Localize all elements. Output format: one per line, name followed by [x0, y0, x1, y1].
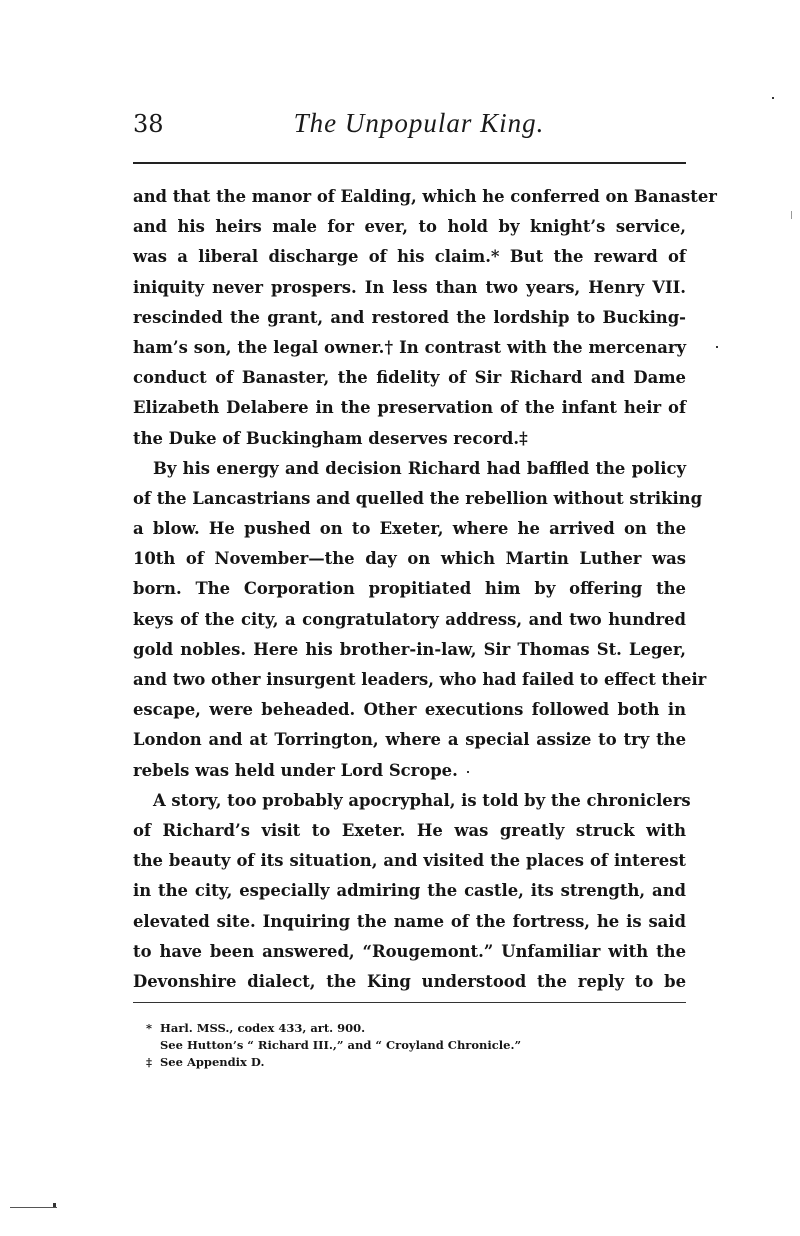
scan-margin-mark: [791, 211, 792, 219]
paragraph-start: By his energy and decision Richard had b…: [133, 454, 686, 484]
text-line: keys of the city, a congratulatory addre…: [133, 605, 686, 635]
footnotes: *Harl. MSS., codex 433, art. 900. See Hu…: [160, 1020, 521, 1071]
scan-speck: [716, 346, 718, 348]
footnote-rule: [133, 1002, 686, 1003]
footnote-text: See Appendix D.: [160, 1055, 264, 1069]
paragraph-start: A story, too probably apocryphal, is tol…: [133, 786, 686, 816]
text-line: a blow. He pushed on to Exeter, where he…: [133, 514, 686, 544]
footnote-mark: ‡: [146, 1054, 160, 1071]
page-header: 38 The Unpopular King.: [133, 106, 685, 146]
text-line: iniquity never prospers. In less than tw…: [133, 273, 686, 303]
text-line: was a liberal discharge of his claim.* B…: [133, 242, 686, 272]
text-line: and two other insurgent leaders, who had…: [133, 665, 686, 695]
text-line: Devonshire dialect, the King understood …: [133, 967, 686, 997]
footnote: See Hutton’s “ Richard III.,” and “ Croy…: [160, 1037, 521, 1054]
text-line: and his heirs male for ever, to hold by …: [133, 212, 686, 242]
running-title: The Unpopular King.: [133, 108, 685, 139]
text-line: the beauty of its situation, and visited…: [133, 846, 686, 876]
footnote: *Harl. MSS., codex 433, art. 900.: [160, 1020, 521, 1037]
text-line: escape, were beheaded. Other executions …: [133, 695, 686, 725]
footnote-text: See Hutton’s “ Richard III.,” and “ Croy…: [160, 1038, 521, 1052]
scan-speck: [772, 97, 774, 99]
text-line: the Duke of Buckingham deserves record.‡: [133, 424, 686, 454]
body-text: and that the manor of Ealding, which he …: [133, 182, 686, 997]
footnote-mark: *: [146, 1020, 160, 1037]
text-line: to have been answered, “Rougemont.” Unfa…: [133, 937, 686, 967]
header-rule: [133, 162, 686, 164]
text-line: of the Lancastrians and quelled the rebe…: [133, 484, 686, 514]
text-line: in the city, especially admiring the cas…: [133, 876, 686, 906]
text-line: gold nobles. Here his brother-in-law, Si…: [133, 635, 686, 665]
text-line: rescinded the grant, and restored the lo…: [133, 303, 686, 333]
book-page: 38 The Unpopular King. and that the mano…: [0, 0, 800, 1236]
text-line: born. The Corporation propitiated him by…: [133, 574, 686, 604]
text-line: elevated site. Inquiring the name of the…: [133, 907, 686, 937]
footnote: ‡See Appendix D.: [160, 1054, 521, 1071]
text-line: of Richard’s visit to Exeter. He was gre…: [133, 816, 686, 846]
text-line: ham’s son, the legal owner.† In contrast…: [133, 333, 686, 363]
text-line: and that the manor of Ealding, which he …: [133, 182, 686, 212]
scan-edge-tick: [53, 1203, 56, 1207]
scan-edge-line: [10, 1207, 57, 1208]
text-line: rebels was held under Lord Scrope.: [133, 756, 686, 786]
text-line: conduct of Banaster, the fidelity of Sir…: [133, 363, 686, 393]
scan-speck: [467, 771, 469, 773]
text-line: London and at Torrington, where a specia…: [133, 725, 686, 755]
text-line: Elizabeth Delabere in the preservation o…: [133, 393, 686, 423]
footnote-text: Harl. MSS., codex 433, art. 900.: [160, 1021, 365, 1035]
text-line: 10th of November—the day on which Martin…: [133, 544, 686, 574]
